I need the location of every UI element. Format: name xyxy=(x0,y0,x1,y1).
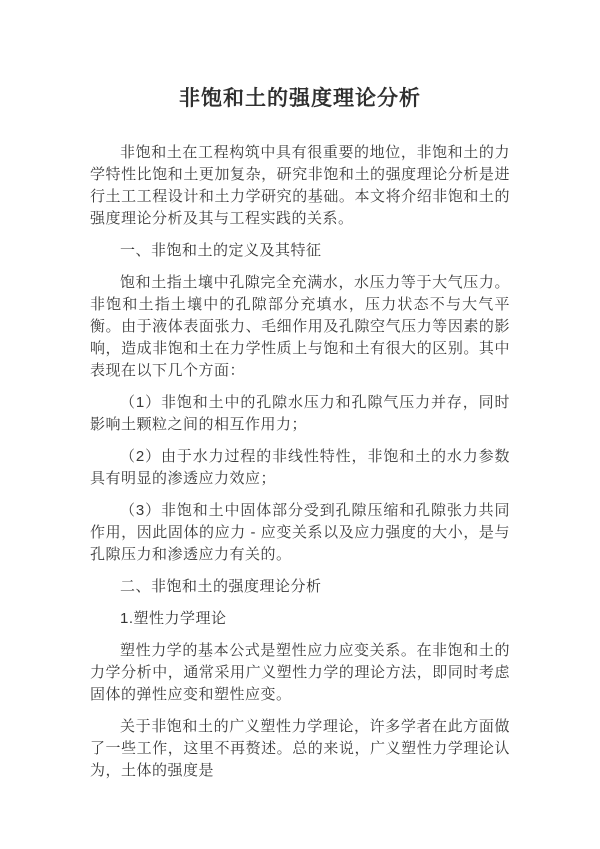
paragraph: （3）非饱和土中固体部分受到孔隙压缩和孔隙张力共同作用，因此固体的应力 - 应变… xyxy=(90,500,510,566)
document-page: 非饱和土的强度理论分析 非饱和土在工程构筑中具有很重要的地位，非饱和土的力学特性… xyxy=(0,0,600,849)
paragraph: 饱和土指土壤中孔隙完全充满水，水压力等于大气压力。非饱和土指土壤中的孔隙部分充填… xyxy=(90,272,510,382)
document-title: 非饱和土的强度理论分析 xyxy=(0,0,600,114)
section-heading: 二、非饱和土的强度理论分析 xyxy=(90,576,510,598)
section-heading: 一、非饱和土的定义及其特征 xyxy=(90,240,510,262)
section-subheading: 1.塑性力学理论 xyxy=(90,608,510,630)
document-body: 非饱和土在工程构筑中具有很重要的地位，非饱和土的力学特性比饱和土更加复杂，研究非… xyxy=(90,142,510,782)
paragraph: （1）非饱和土中的孔隙水压力和孔隙气压力并存，同时影响土颗粒之间的相互作用力； xyxy=(90,392,510,436)
paragraph: （2）由于水力过程的非线性特性，非饱和土的水力参数具有明显的渗透应力效应； xyxy=(90,446,510,490)
paragraph: 塑性力学的基本公式是塑性应力应变关系。在非饱和土的力学分析中，通常采用广义塑性力… xyxy=(90,640,510,706)
paragraph: 非饱和土在工程构筑中具有很重要的地位，非饱和土的力学特性比饱和土更加复杂，研究非… xyxy=(90,142,510,230)
paragraph: 关于非饱和土的广义塑性力学理论，许多学者在此方面做了一些工作，这里不再赘述。总的… xyxy=(90,716,510,782)
